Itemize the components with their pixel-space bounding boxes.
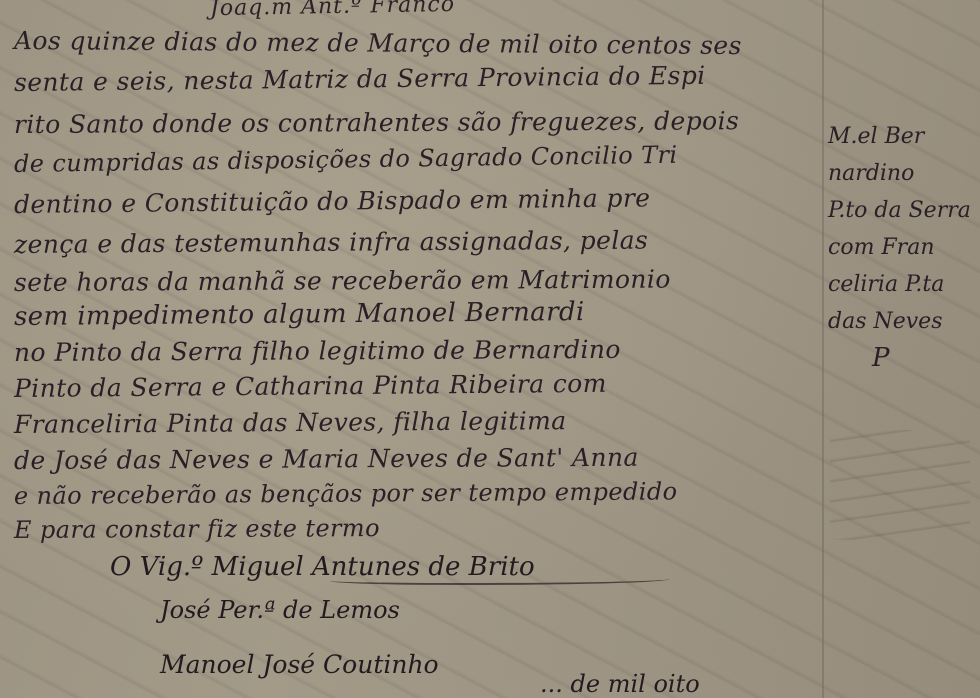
margin-line-4: com Fran (828, 229, 976, 266)
body-line-6: zença e das testemunhas infra assignadas… (14, 226, 648, 259)
body-line-3: rito Santo donde os contrahentes são fre… (14, 106, 739, 139)
margin-rule (822, 0, 824, 698)
margin-line-1: M.el Ber (828, 118, 976, 155)
record-header: Joaq.m Ant.º Franco (210, 0, 455, 21)
body-line-2: senta e seis, nesta Matriz da Serra Prov… (14, 61, 706, 97)
body-line-12: de José das Neves e Maria Neves de Sant'… (14, 443, 639, 475)
signature-witness-1: José Per.ª de Lemos (160, 596, 400, 624)
body-line-14: E para constar fiz este termo (14, 514, 380, 544)
body-line-10: Pinto da Serra e Catharina Pinta Ribeira… (14, 369, 607, 403)
body-line-13: e não receberão as bençãos por ser tempo… (14, 477, 678, 510)
margin-rubric: P (828, 340, 976, 377)
body-line-7: sete horas da manhã se receberão em Matr… (14, 265, 671, 297)
body-line-8: sem impedimento algum Manoel Bernardi (14, 297, 585, 332)
signature-flourish (330, 575, 670, 585)
signature-witness-2: Manoel José Coutinho (160, 650, 439, 679)
body-line-11: Franceliria Pinta das Neves, filha legit… (14, 406, 567, 439)
body-line-5: dentino e Constituição do Bispado em min… (14, 183, 651, 219)
margin-line-2: nardino (828, 155, 976, 192)
body-line-9: no Pinto da Serra filho legitimo de Bern… (14, 335, 621, 367)
manuscript-page: Joaq.m Ant.º Franco Aos quinze dias do m… (0, 0, 980, 698)
margin-line-5: celiria P.ta (828, 266, 976, 303)
body-line-1: Aos quinze dias do mez de Março de mil o… (14, 26, 742, 60)
body-line-4: de cumpridas as disposições do Sagrado C… (14, 141, 678, 178)
margin-annotation: M.el Ber nardino P.to da Serra com Fran … (828, 118, 976, 377)
next-entry-fragment: ... de mil oito (540, 670, 700, 698)
margin-line-3: P.to da Serra (828, 192, 976, 229)
margin-line-6: das Neves (828, 303, 976, 340)
faded-bleed-text (830, 430, 970, 540)
